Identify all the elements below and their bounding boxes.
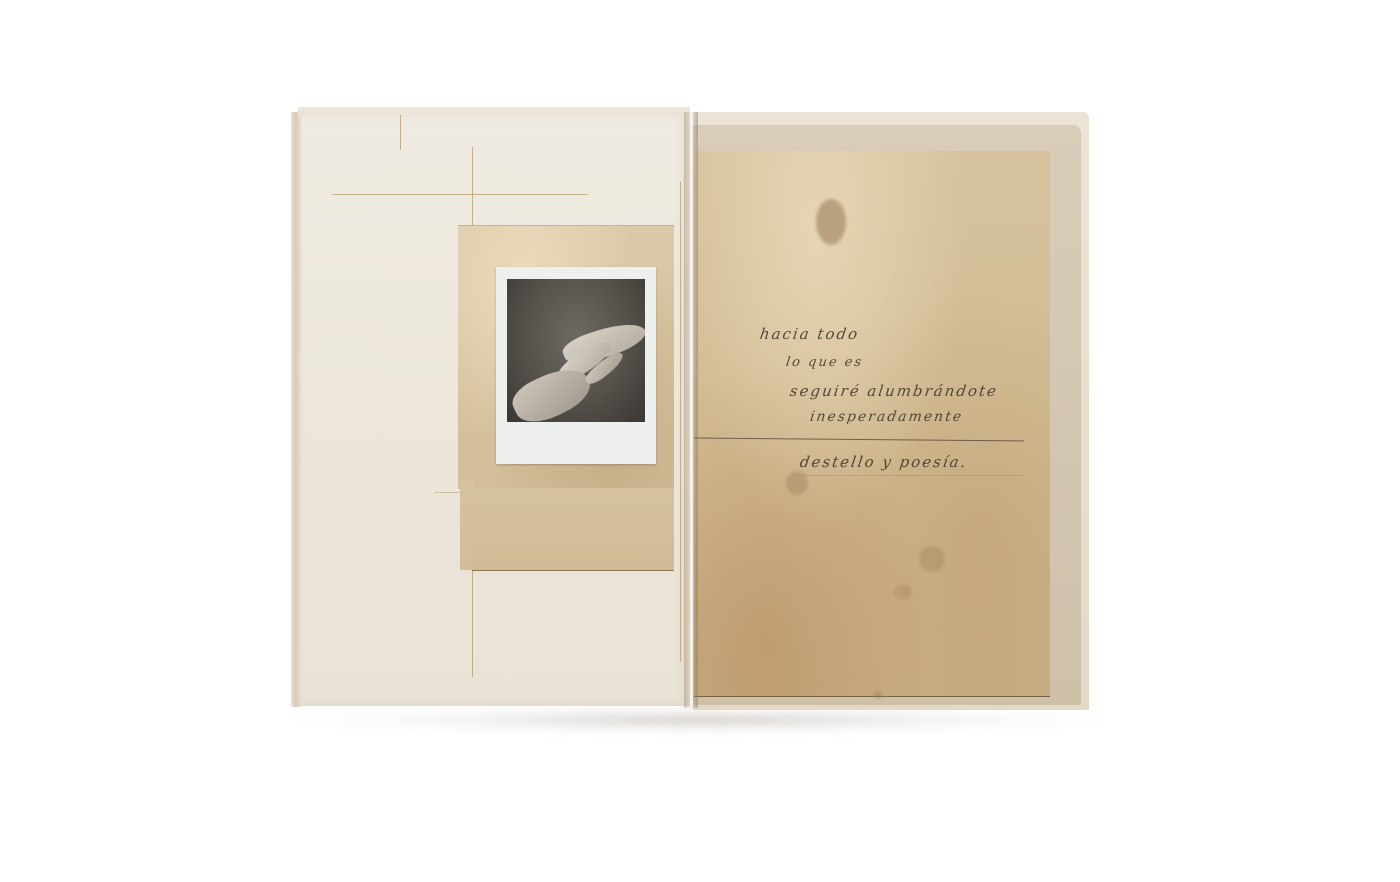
book-gutter: [684, 112, 698, 708]
handwriting-line-3: seguiré alumbrándote: [789, 382, 1000, 400]
handwritten-rule: [694, 438, 1024, 442]
stain-spot: [874, 691, 882, 699]
stain-spot: [816, 199, 846, 245]
stain-spot: [894, 584, 912, 600]
guide-line: [400, 115, 401, 150]
handwriting-line-4: inesperadamente: [809, 409, 964, 425]
hands-photograph: [507, 279, 645, 422]
stained-collage-paper-bottom: [472, 488, 674, 571]
handwriting-line-1: hacia todo: [759, 325, 861, 343]
guide-line-horizontal: [332, 194, 588, 195]
stain-spot: [919, 546, 945, 572]
handwriting-line-2: lo que es: [785, 355, 864, 370]
handwriting-line-5: destello y poesía.: [799, 453, 969, 471]
right-page-stained-sheet: hacia todo lo que es seguiré alumbrándot…: [694, 151, 1050, 697]
guide-line-right: [680, 182, 681, 662]
polaroid-photo: [496, 267, 656, 464]
faint-rule: [794, 475, 1024, 476]
